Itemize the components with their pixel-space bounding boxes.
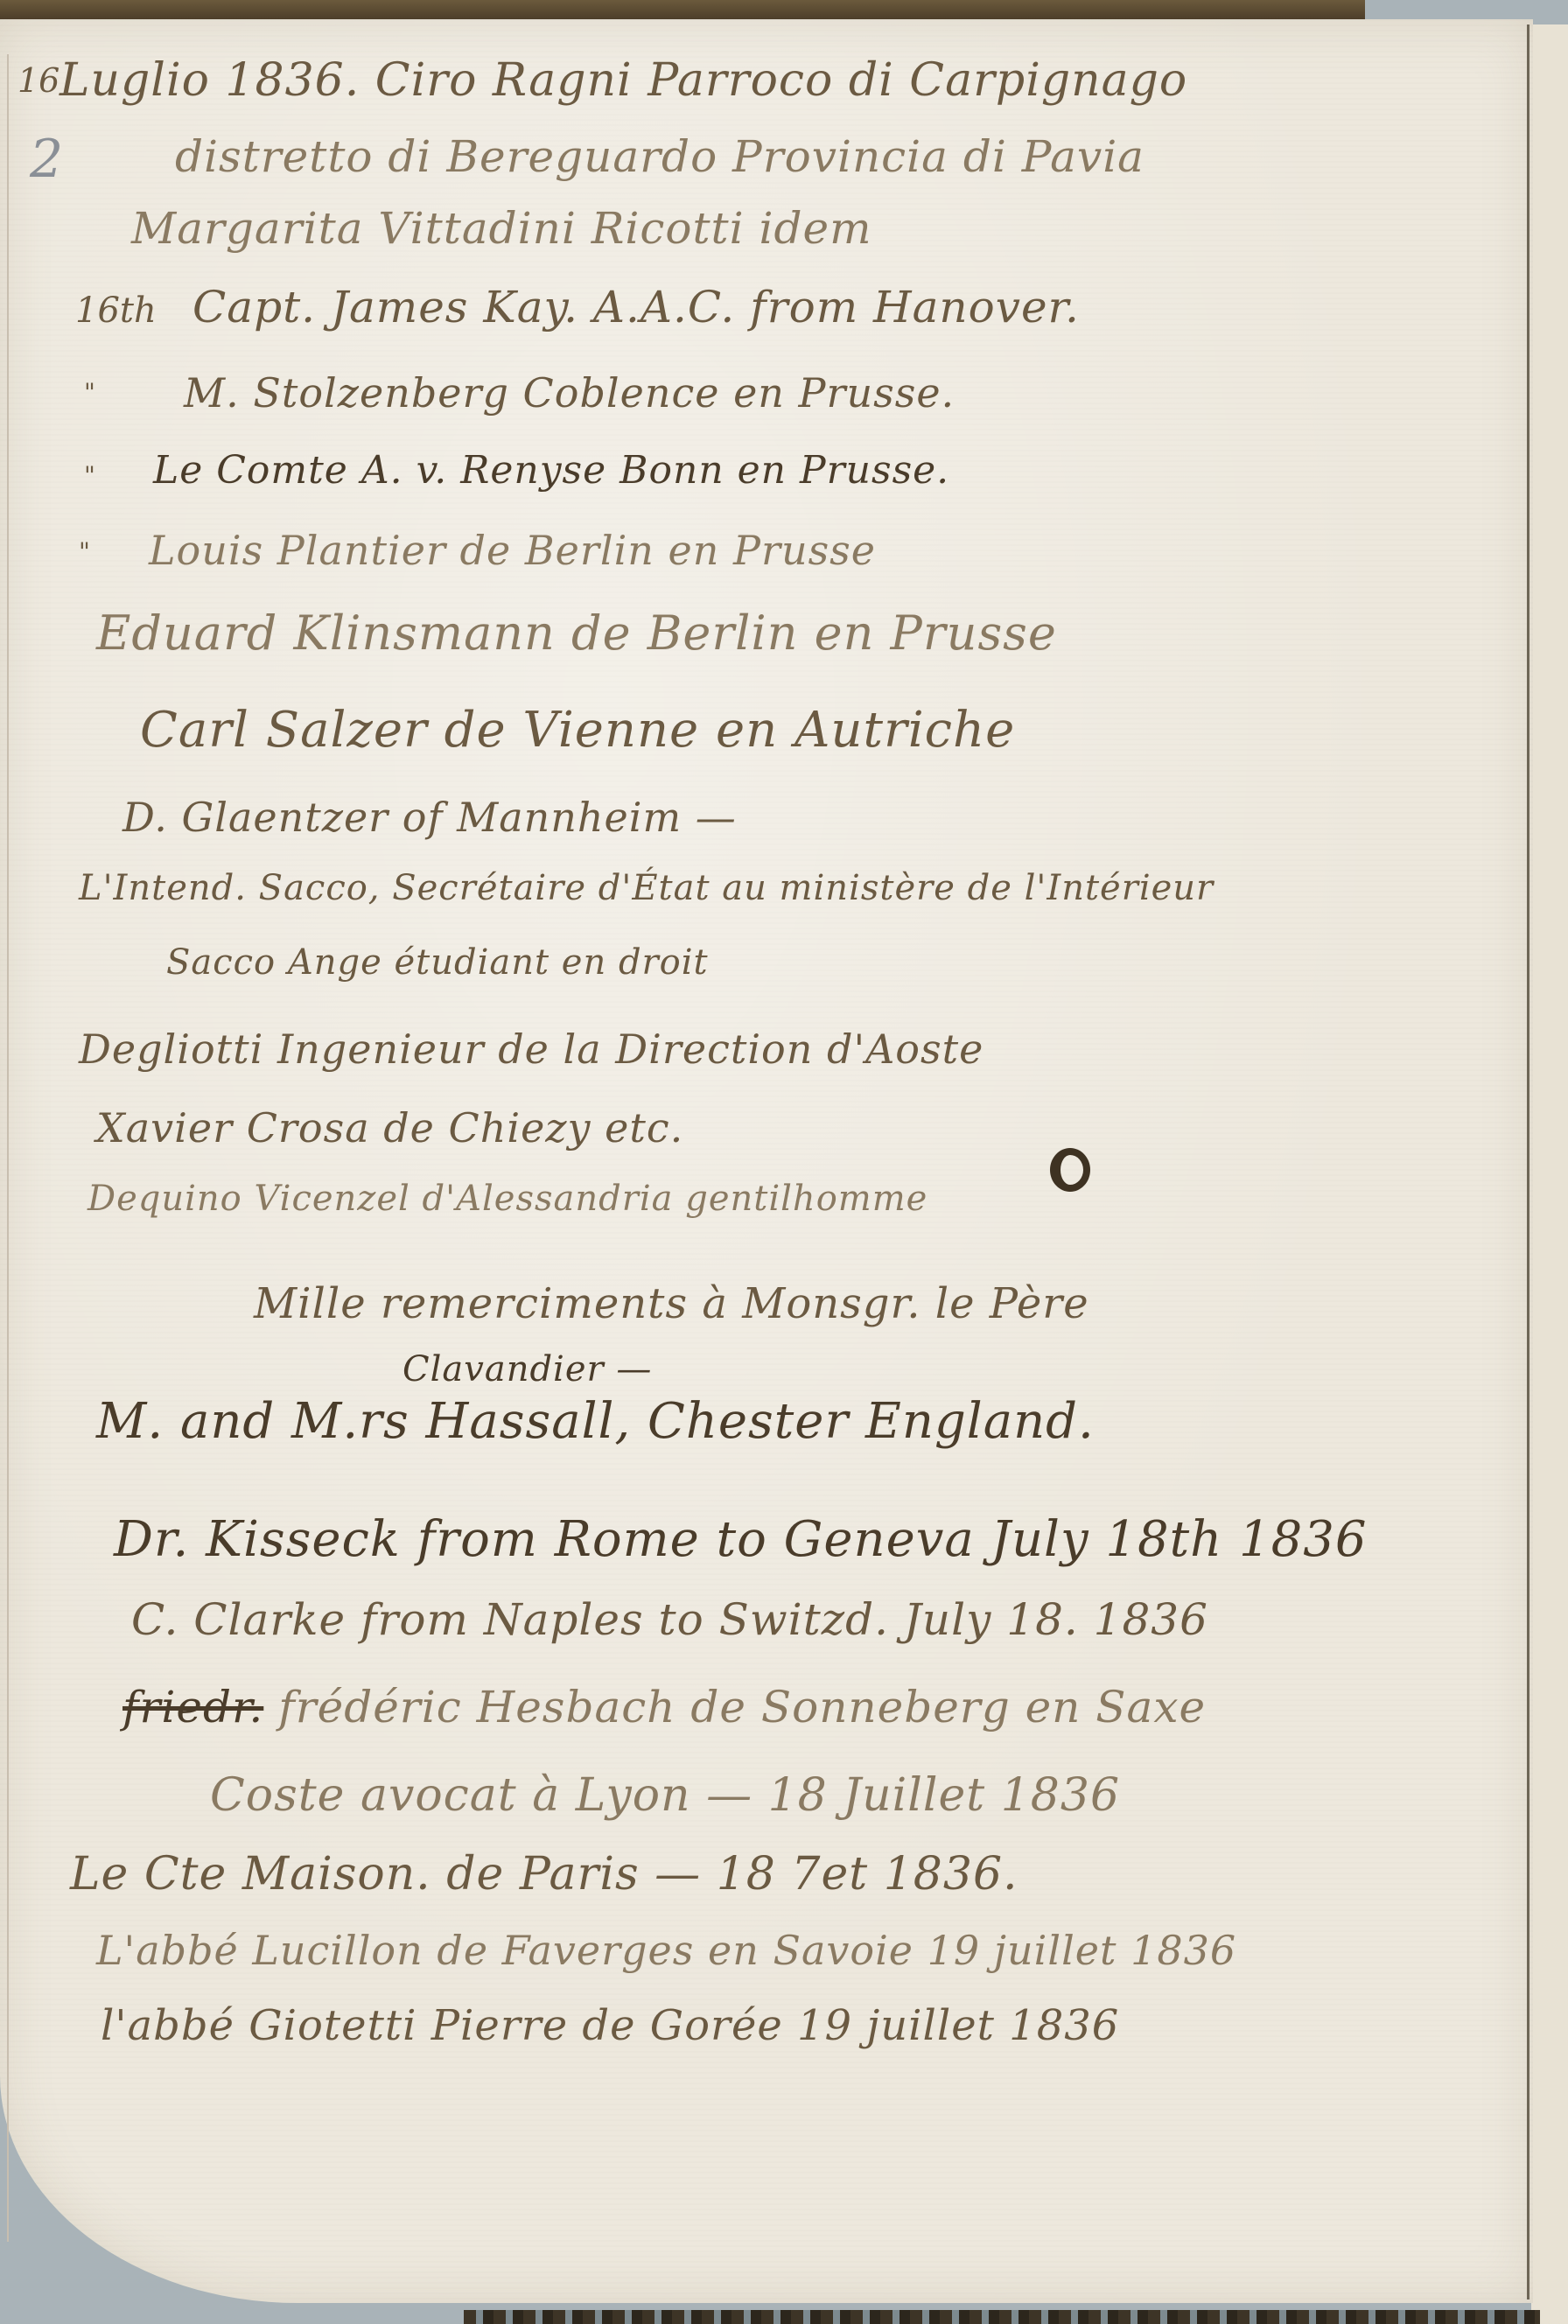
page-gutter [1527,24,1529,2299]
register-entry: Dr. Kisseck from Rome to Geneva July 18t… [114,1511,1368,1568]
register-entry: Le Comte A. v. Renyse Bonn en Prusse. [153,448,949,493]
entry-marker: 16th [75,290,157,331]
register-page: 2 16 Luglio 1836. Ciro Ragni Parroco di … [0,19,1533,2303]
register-entry: C. Clarke from Naples to Switzd. July 18… [131,1594,1208,1645]
book-binding-bottom [464,2310,1540,2324]
register-entry: l'abbé Giotetti Pierre de Gorée 19 juill… [101,2001,1119,2050]
register-entry: Clavandier — [402,1349,652,1389]
register-entry: D. Glaentzer of Mannheim — [122,794,737,841]
register-entry: L'Intend. Sacco, Secrétaire d'État au mi… [79,868,1214,908]
register-entry: L'abbé Lucillon de Faverges en Savoie 19… [96,1927,1236,1974]
adjacent-page-edge [1531,24,1568,2324]
register-entry: M. and M.rs Hassall, Chester England. [96,1393,1095,1450]
register-entry: Degliotti Ingenieur de la Direction d'Ao… [79,1025,983,1073]
register-entry: Xavier Crosa de Chiezy etc. [96,1104,683,1151]
struck-word: friedr. [122,1682,263,1732]
page-left-rule [7,54,9,2242]
margin-pencil-mark: 2 [30,129,63,190]
register-entry: Capt. James Kay. A.A.C. from Hanover. [192,282,1080,332]
register-entry: friedr. frédéric Hesbach de Sonneberg en… [122,1682,1206,1732]
ditto-mark: " [84,461,95,490]
entry-text: frédéric Hesbach de Sonneberg en Saxe [278,1682,1206,1732]
register-entry: Margarita Vittadini Ricotti idem [131,203,872,254]
register-entry: Coste avocat à Lyon — 18 Juillet 1836 [210,1769,1120,1822]
register-entry: Eduard Klinsmann de Berlin en Prusse [96,605,1057,661]
register-entry: Sacco Ange étudiant en droit [166,942,709,983]
ditto-mark: " [79,537,90,566]
entry-marker: 16 [17,61,59,100]
ditto-mark: " [84,378,95,407]
register-entry: M. Stolzenberg Coblence en Prusse. [184,369,955,416]
register-entry: distretto di Bereguardo Provincia di Pav… [175,131,1144,182]
register-entry: Luglio 1836. Ciro Ragni Parroco di Carpi… [59,54,1187,107]
ink-blot [1050,1148,1090,1192]
register-entry: Louis Plantier de Berlin en Prusse [149,527,876,574]
register-entry: Dequino Vicenzel d'Alessandria gentilhom… [87,1179,927,1219]
register-entry: Le Cte Maison. de Paris — 18 7et 1836. [70,1848,1018,1900]
register-entry: Mille remerciments à Monsgr. le Père [254,1279,1089,1328]
register-entry: Carl Salzer de Vienne en Autriche [140,702,1015,759]
